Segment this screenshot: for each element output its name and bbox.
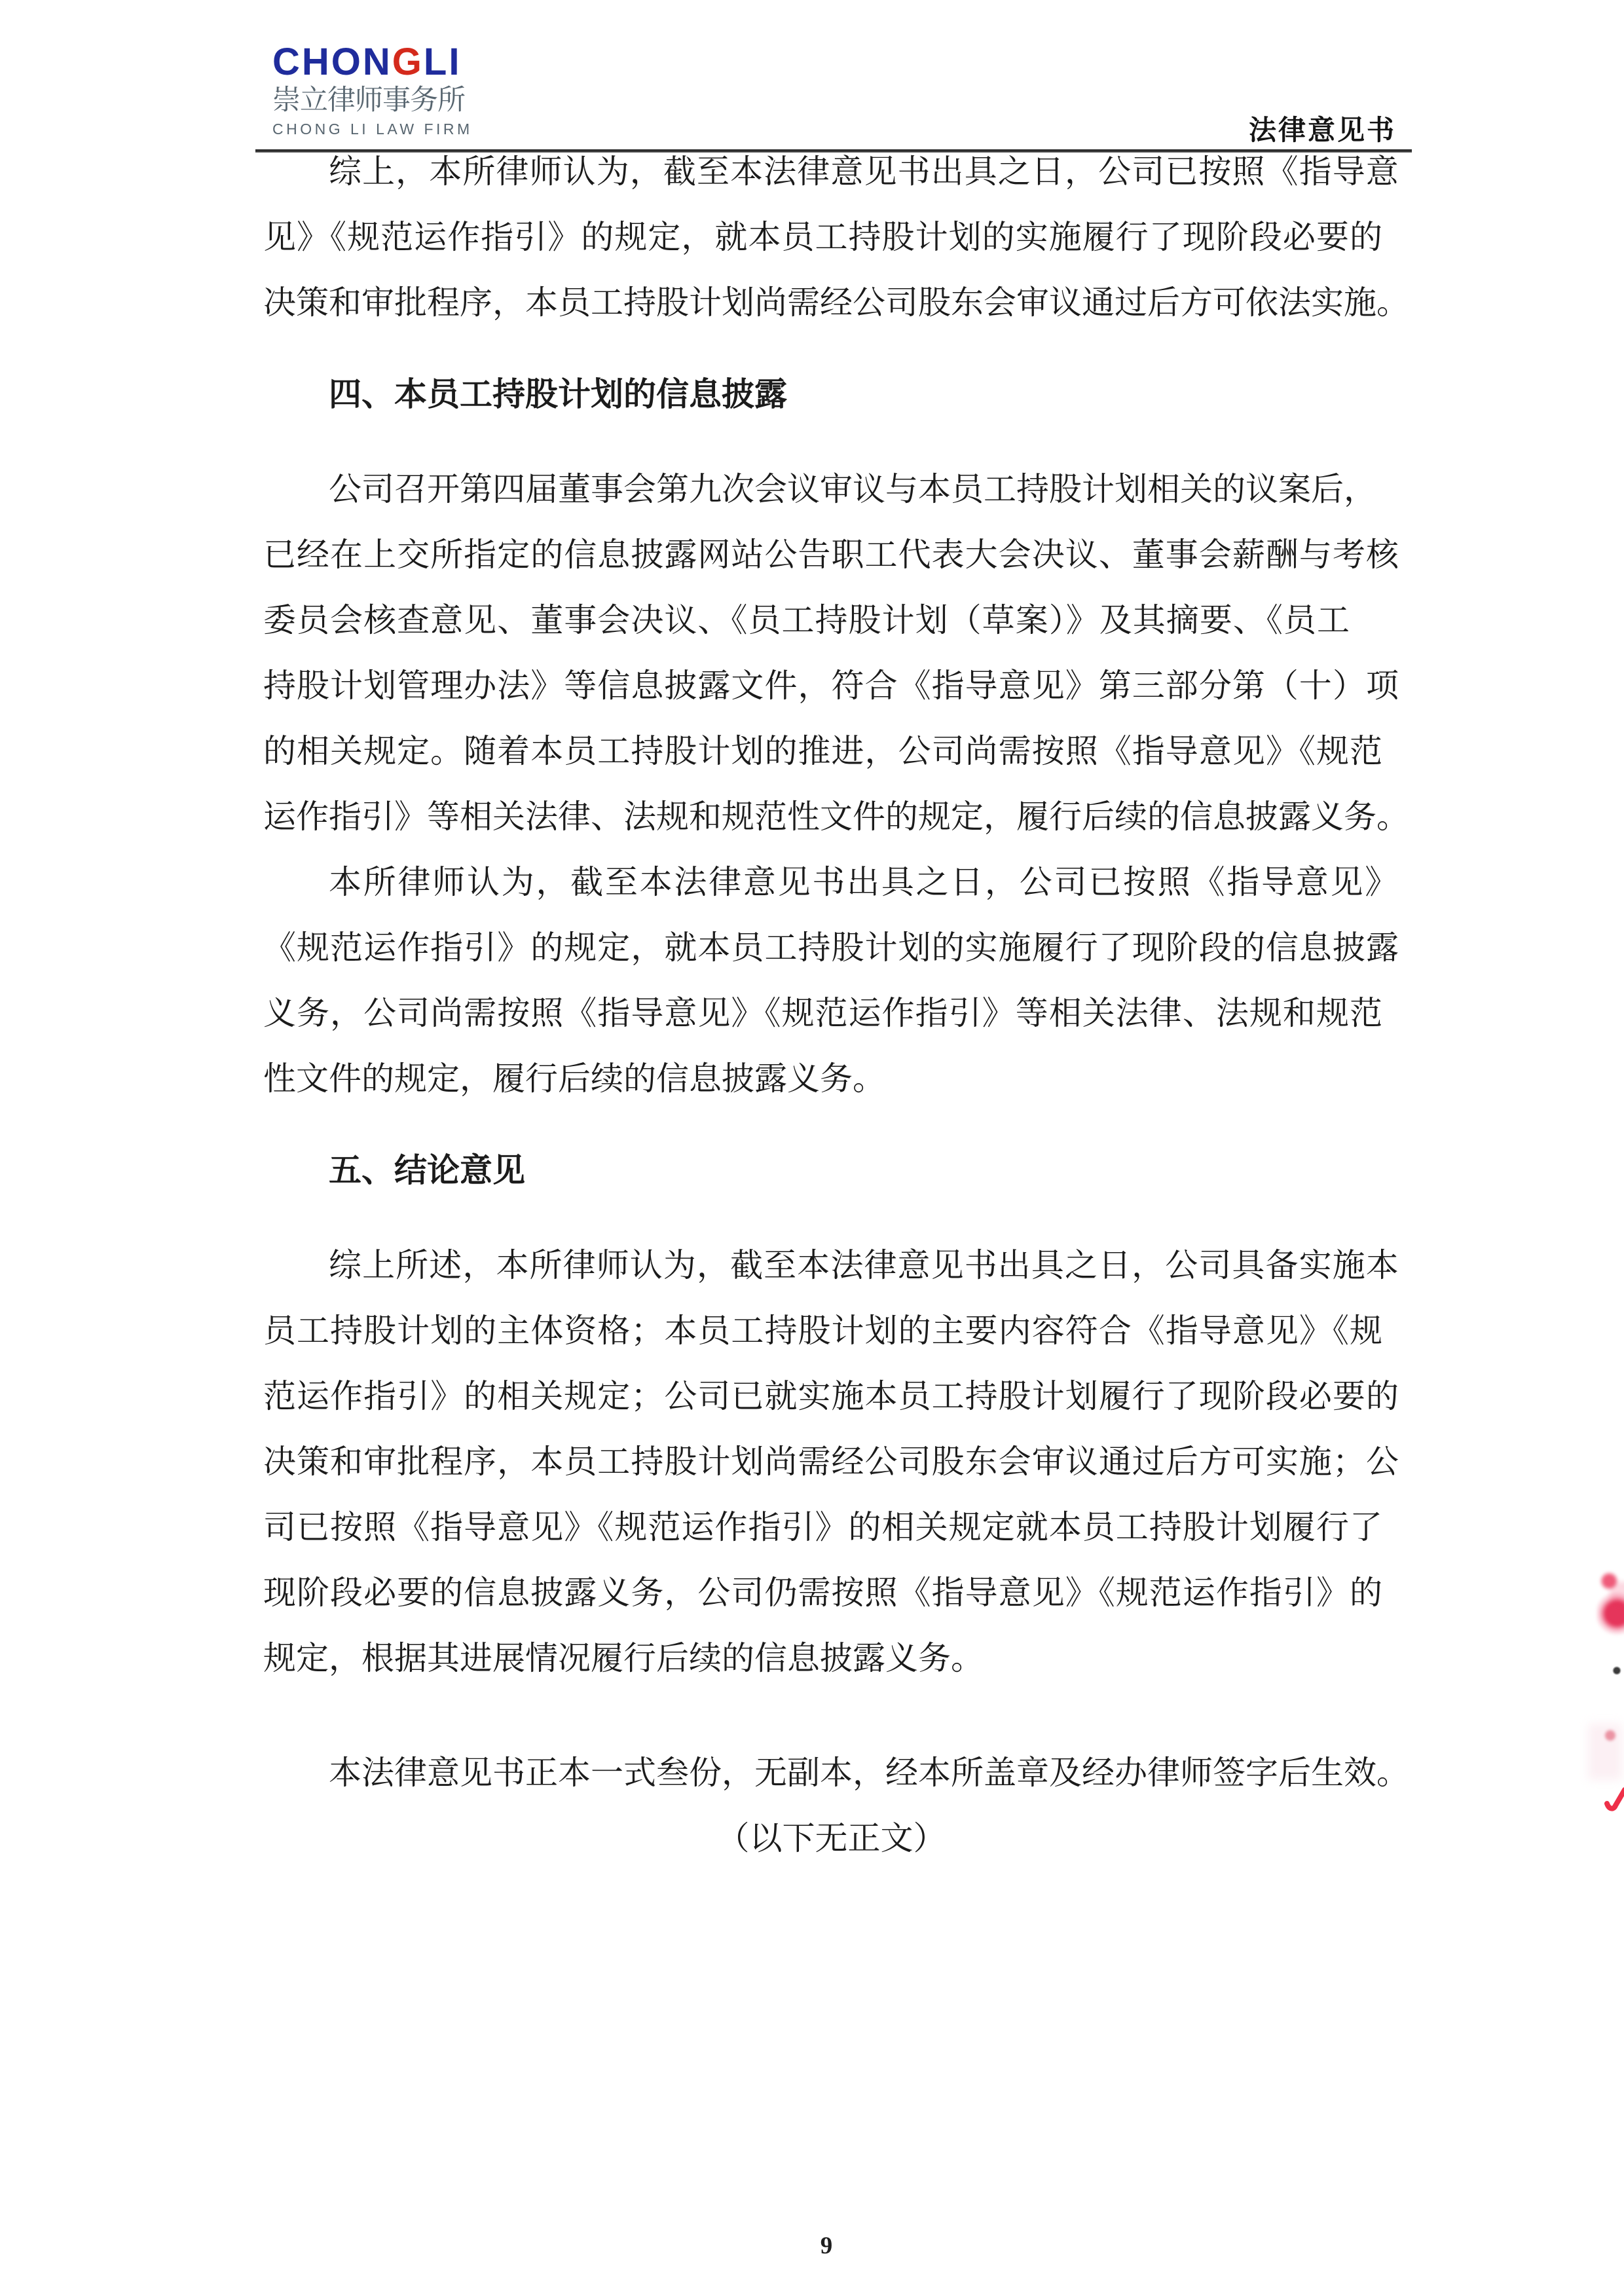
logo-wordmark: CHONGLI bbox=[272, 42, 473, 83]
text-line: 员工持股计划的主体资格；本员工持股计划的主要内容符合《指导意见》《规 bbox=[263, 1298, 1399, 1363]
text-line: 义务，公司尚需按照《指导意见》《规范运作指引》等相关法律、法规和规范 bbox=[263, 980, 1399, 1046]
red-check-mark bbox=[1604, 1784, 1624, 1814]
text-line: 的相关规定。随着本员工持股计划的推进，公司尚需按照《指导意见》《规范 bbox=[263, 718, 1399, 784]
text-line: 持股计划管理办法》等信息披露文件，符合《指导意见》第三部分第（十）项 bbox=[263, 653, 1399, 718]
para-disclosure-opinion: 本所律师认为，截至本法律意见书出具之日，公司已按照《指导意见》《规范运作指引》的… bbox=[263, 849, 1399, 1111]
text-line: 司已按照《指导意见》《规范运作指引》的相关规定就本员工持股计划履行了 bbox=[263, 1494, 1399, 1560]
text-line: 现阶段必要的信息披露义务，公司仍需按照《指导意见》《规范运作指引》的 bbox=[263, 1560, 1399, 1625]
page-number: 9 bbox=[807, 2232, 846, 2260]
para-conclusion: 综上所述，本所律师认为，截至本法律意见书出具之日，公司具备实施本员工持股计划的主… bbox=[263, 1232, 1399, 1691]
red-ink-dot-mark bbox=[1605, 1730, 1615, 1741]
document-page: CHONGLI 崇立律师事务所 CHONG LI LAW FIRM 法律意见书 … bbox=[0, 0, 1624, 2296]
logo-english-name: CHONG LI LAW FIRM bbox=[272, 120, 473, 138]
text-line: （以下无正文） bbox=[263, 1805, 1399, 1871]
text-line: 性文件的规定，履行后续的信息披露义务。 bbox=[263, 1046, 1399, 1111]
logo-wordmark-segment: LI bbox=[424, 41, 462, 83]
text-line: 公司召开第四届董事会第九次会议审议与本员工持股计划相关的议案后， bbox=[263, 456, 1399, 522]
law-firm-logo: CHONGLI 崇立律师事务所 CHONG LI LAW FIRM bbox=[272, 42, 473, 138]
text-line: 运作指引》等相关法律、法规和规范性文件的规定，履行后续的信息披露义务。 bbox=[263, 784, 1399, 849]
red-ink-blob-mark bbox=[1596, 1567, 1624, 1644]
text-line: 决策和审批程序，本员工持股计划尚需经公司股东会审议通过后方可实施；公 bbox=[263, 1429, 1399, 1494]
logo-chinese-name: 崇立律师事务所 bbox=[272, 84, 473, 116]
para-summary-approval: 综上，本所律师认为，截至本法律意见书出具之日，公司已按照《指导意见》《规范运作指… bbox=[263, 139, 1399, 335]
text-line: 综上，本所律师认为，截至本法律意见书出具之日，公司已按照《指导意 bbox=[263, 139, 1399, 204]
text-line: 本所律师认为，截至本法律意见书出具之日，公司已按照《指导意见》 bbox=[263, 849, 1399, 915]
logo-wordmark-segment: CHON bbox=[272, 41, 392, 83]
text-line: 见》《规范运作指引》的规定，就本员工持股计划的实施履行了现阶段必要的 bbox=[263, 204, 1399, 270]
faint-ink-smudge bbox=[1588, 1724, 1622, 1780]
heading-section-4: 四、本员工持股计划的信息披露 bbox=[263, 361, 1399, 427]
para-no-more-text: （以下无正文） bbox=[263, 1805, 1399, 1871]
para-effectiveness: 本法律意见书正本一式叁份，无副本，经本所盖章及经办律师签字后生效。 bbox=[263, 1740, 1399, 1805]
text-line: 范运作指引》的相关规定；公司已就实施本员工持股计划履行了现阶段必要的 bbox=[263, 1363, 1399, 1429]
document-body: 综上，本所律师认为，截至本法律意见书出具之日，公司已按照《指导意见》《规范运作指… bbox=[263, 139, 1399, 1871]
text-line: 已经在上交所指定的信息披露网站公告职工代表大会决议、董事会薪酬与考核 bbox=[263, 522, 1399, 587]
text-line: 综上所述，本所律师认为，截至本法律意见书出具之日，公司具备实施本 bbox=[263, 1232, 1399, 1298]
pencil-dot-mark bbox=[1612, 1666, 1621, 1675]
text-line: 《规范运作指引》的规定，就本员工持股计划的实施履行了现阶段的信息披露 bbox=[263, 915, 1399, 980]
text-line: 本法律意见书正本一式叁份，无副本，经本所盖章及经办律师签字后生效。 bbox=[263, 1740, 1399, 1805]
section-heading: 五、结论意见 bbox=[263, 1138, 1399, 1203]
heading-section-5: 五、结论意见 bbox=[263, 1138, 1399, 1203]
text-line: 规定，根据其进展情况履行后续的信息披露义务。 bbox=[263, 1625, 1399, 1691]
para-disclosure: 公司召开第四届董事会第九次会议审议与本员工持股计划相关的议案后，已经在上交所指定… bbox=[263, 456, 1399, 849]
logo-wordmark-segment: G bbox=[392, 41, 424, 83]
section-heading: 四、本员工持股计划的信息披露 bbox=[263, 361, 1399, 427]
text-line: 委员会核查意见、董事会决议、《员工持股计划（草案）》及其摘要、《员工 bbox=[263, 587, 1399, 653]
text-line: 决策和审批程序，本员工持股计划尚需经公司股东会审议通过后方可依法实施。 bbox=[263, 270, 1399, 335]
